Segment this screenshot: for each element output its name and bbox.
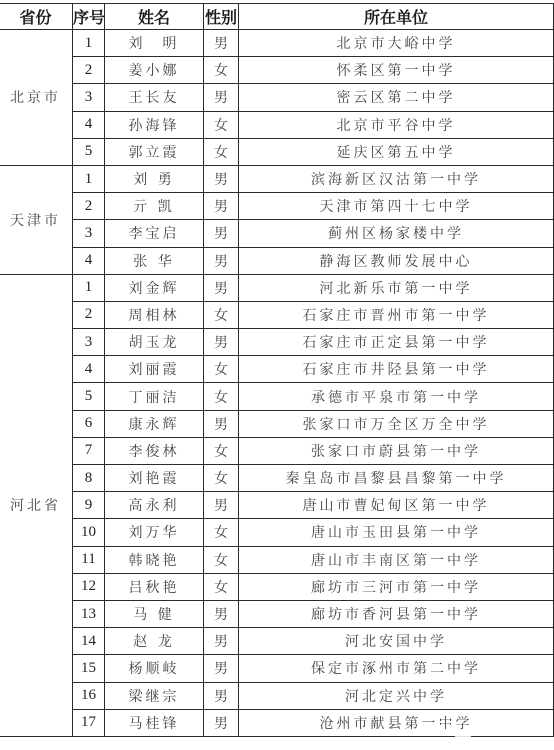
unit-cell: 北京市平谷中学 [239,111,554,138]
name-cell: 刘 勇 [105,165,204,192]
unit-cell: 蓟州区杨家楼中学 [239,220,554,247]
gender-cell: 男 [204,30,239,57]
name-cell: 郭立霞 [105,138,204,165]
table-row: 4张 华男静海区教师发展中心 [0,247,554,274]
roster-body: 北京市1刘 明男北京市大峪中学2姜小娜女怀柔区第一中学3王长友男密云区第二中学4… [0,30,554,737]
table-row: 13马 健男廊坊市香河县第一中学 [0,600,554,627]
unit-cell: 承德市平泉市第一中学 [239,383,554,410]
table-row: 10刘万华女唐山市玉田县第一中学 [0,519,554,546]
name-cell: 韩晓艳 [105,546,204,573]
number-cell: 2 [73,57,105,84]
province-cell: 河北省 [0,274,73,736]
gender-cell: 女 [204,519,239,546]
unit-cell: 河北定兴中学 [239,682,554,709]
gender-cell: 男 [204,682,239,709]
number-cell: 3 [73,84,105,111]
number-cell: 1 [73,274,105,301]
table-row: 11韩晓艳女唐山市丰南区第一中学 [0,546,554,573]
unit-cell: 石家庄市晋州市第一中学 [239,301,554,328]
unit-cell: 北京市大峪中学 [239,30,554,57]
unit-cell: 滨海新区汉沽第一中学 [239,165,554,192]
number-cell: 4 [73,247,105,274]
gender-cell: 女 [204,356,239,383]
number-cell: 15 [73,655,105,682]
table-row: 15杨顺岐男保定市涿州市第二中学 [0,655,554,682]
name-cell: 王长友 [105,84,204,111]
table-row: 2亓 凯男天津市第四十七中学 [0,193,554,220]
gender-cell: 女 [204,57,239,84]
unit-cell: 延庆区第五中学 [239,138,554,165]
header-name: 姓名 [105,4,204,30]
gender-cell: 男 [204,329,239,356]
gender-cell: 男 [204,410,239,437]
name-cell: 刘金辉 [105,274,204,301]
name-cell: 梁继宗 [105,682,204,709]
table-row: 12吕秋艳女廊坊市三河市第一中学 [0,573,554,600]
number-cell: 7 [73,437,105,464]
header-gender: 性别 [204,4,239,30]
name-cell: 刘万华 [105,519,204,546]
number-cell: 9 [73,492,105,519]
gender-cell: 男 [204,220,239,247]
name-cell: 李宝启 [105,220,204,247]
gender-cell: 男 [204,193,239,220]
table-row: 4孙海锋女北京市平谷中学 [0,111,554,138]
table-row: 14赵 龙男河北安国中学 [0,628,554,655]
roster-table: 省份 序号 姓名 性别 所在单位 北京市1刘 明男北京市大峪中学2姜小娜女怀柔区… [0,3,554,737]
unit-cell: 张家口市万全区万全中学 [239,410,554,437]
table-row: 北京市1刘 明男北京市大峪中学 [0,30,554,57]
number-cell: 13 [73,600,105,627]
gender-cell: 男 [204,84,239,111]
gender-cell: 男 [204,274,239,301]
number-cell: 14 [73,628,105,655]
table-row: 2周相林女石家庄市晋州市第一中学 [0,301,554,328]
unit-cell: 唐山市丰南区第一中学 [239,546,554,573]
table-row: 5丁丽洁女承德市平泉市第一中学 [0,383,554,410]
table-row: 6康永辉男张家口市万全区万全中学 [0,410,554,437]
unit-cell: 保定市涿州市第二中学 [239,655,554,682]
header-unit: 所在单位 [239,4,554,30]
gender-cell: 男 [204,628,239,655]
number-cell: 12 [73,573,105,600]
name-cell: 高永利 [105,492,204,519]
name-cell: 马桂锋 [105,709,204,736]
unit-cell: 廊坊市香河县第一中学 [239,600,554,627]
number-cell: 8 [73,465,105,492]
name-cell: 李俊林 [105,437,204,464]
name-cell: 孙海锋 [105,111,204,138]
unit-cell: 唐山市玉田县第一中学 [239,519,554,546]
unit-cell: 河北安国中学 [239,628,554,655]
header-row: 省份 序号 姓名 性别 所在单位 [0,4,554,30]
table-row: 2姜小娜女怀柔区第一中学 [0,57,554,84]
name-cell: 康永辉 [105,410,204,437]
unit-cell: 静海区教师发展中心 [239,247,554,274]
gender-cell: 男 [204,165,239,192]
number-cell: 6 [73,410,105,437]
name-cell: 刘丽霞 [105,356,204,383]
name-cell: 周相林 [105,301,204,328]
number-cell: 4 [73,111,105,138]
table-row: 3胡玉龙男石家庄市正定县第一中学 [0,329,554,356]
number-cell: 16 [73,682,105,709]
table-row: 天津市1刘 勇男滨海新区汉沽第一中学 [0,165,554,192]
unit-cell: 天津市第四十七中学 [239,193,554,220]
name-cell: 姜小娜 [105,57,204,84]
province-cell: 北京市 [0,30,73,166]
unit-cell: 秦皇岛市昌黎县昌黎第一中学 [239,465,554,492]
gender-cell: 女 [204,111,239,138]
gender-cell: 男 [204,492,239,519]
name-cell: 刘艳霞 [105,465,204,492]
table-row: 16梁继宗男河北定兴中学 [0,682,554,709]
gender-cell: 男 [204,600,239,627]
number-cell: 1 [73,30,105,57]
unit-cell: 密云区第二中学 [239,84,554,111]
gender-cell: 男 [204,247,239,274]
header-number: 序号 [73,4,105,30]
table-row: 7李俊林女张家口市蔚县第一中学 [0,437,554,464]
number-cell: 11 [73,546,105,573]
table-row: 8刘艳霞女秦皇岛市昌黎县昌黎第一中学 [0,465,554,492]
unit-cell: 河北新乐市第一中学 [239,274,554,301]
number-cell: 1 [73,165,105,192]
header-province: 省份 [0,4,73,30]
number-cell: 5 [73,138,105,165]
number-cell: 3 [73,329,105,356]
gender-cell: 女 [204,383,239,410]
gender-cell: 男 [204,709,239,736]
table-row: 3李宝启男蓟州区杨家楼中学 [0,220,554,247]
unit-cell: 石家庄市正定县第一中学 [239,329,554,356]
watermark-overlay-cover [455,736,471,748]
name-cell: 马 健 [105,600,204,627]
table-row: 河北省1刘金辉男河北新乐市第一中学 [0,274,554,301]
table-row: 9高永利男唐山市曹妃甸区第一中学 [0,492,554,519]
name-cell: 杨顺岐 [105,655,204,682]
number-cell: 2 [73,301,105,328]
name-cell: 吕秋艳 [105,573,204,600]
gender-cell: 女 [204,465,239,492]
number-cell: 3 [73,220,105,247]
province-cell: 天津市 [0,165,73,274]
gender-cell: 男 [204,655,239,682]
name-cell: 胡玉龙 [105,329,204,356]
gender-cell: 女 [204,138,239,165]
unit-cell: 张家口市蔚县第一中学 [239,437,554,464]
unit-cell: 怀柔区第一中学 [239,57,554,84]
gender-cell: 女 [204,301,239,328]
unit-cell: 石家庄市井陉县第一中学 [239,356,554,383]
name-cell: 刘 明 [105,30,204,57]
gender-cell: 女 [204,546,239,573]
table-row: 3王长友男密云区第二中学 [0,84,554,111]
name-cell: 丁丽洁 [105,383,204,410]
number-cell: 5 [73,383,105,410]
number-cell: 10 [73,519,105,546]
unit-cell: 唐山市曹妃甸区第一中学 [239,492,554,519]
name-cell: 赵 龙 [105,628,204,655]
gender-cell: 女 [204,437,239,464]
table-row: 4刘丽霞女石家庄市井陉县第一中学 [0,356,554,383]
number-cell: 17 [73,709,105,736]
table-row: 5郭立霞女延庆区第五中学 [0,138,554,165]
number-cell: 4 [73,356,105,383]
watermark-overlay [438,721,551,725]
gender-cell: 女 [204,573,239,600]
unit-cell: 廊坊市三河市第一中学 [239,573,554,600]
number-cell: 2 [73,193,105,220]
name-cell: 亓 凯 [105,193,204,220]
name-cell: 张 华 [105,247,204,274]
